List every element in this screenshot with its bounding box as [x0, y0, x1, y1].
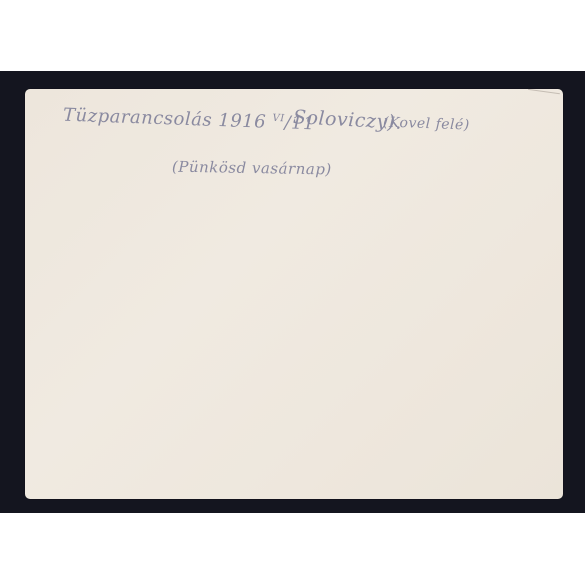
caption-text: Tüzparancsolás 1916 — [63, 105, 267, 133]
photo-back-card: Tüzparancsolás 1916 VI/11 Soloviczy). (K… — [25, 89, 563, 499]
handwritten-caption-date: Tüzparancsolás 1916 VI/11 — [63, 105, 316, 135]
caption-month: VI — [272, 113, 285, 124]
page: Tüzparancsolás 1916 VI/11 Soloviczy). (K… — [0, 0, 585, 585]
handwritten-place-note: (Kovel felé) — [383, 114, 470, 133]
handwritten-second-line: (Pünkösd vasárnap) — [172, 158, 332, 179]
